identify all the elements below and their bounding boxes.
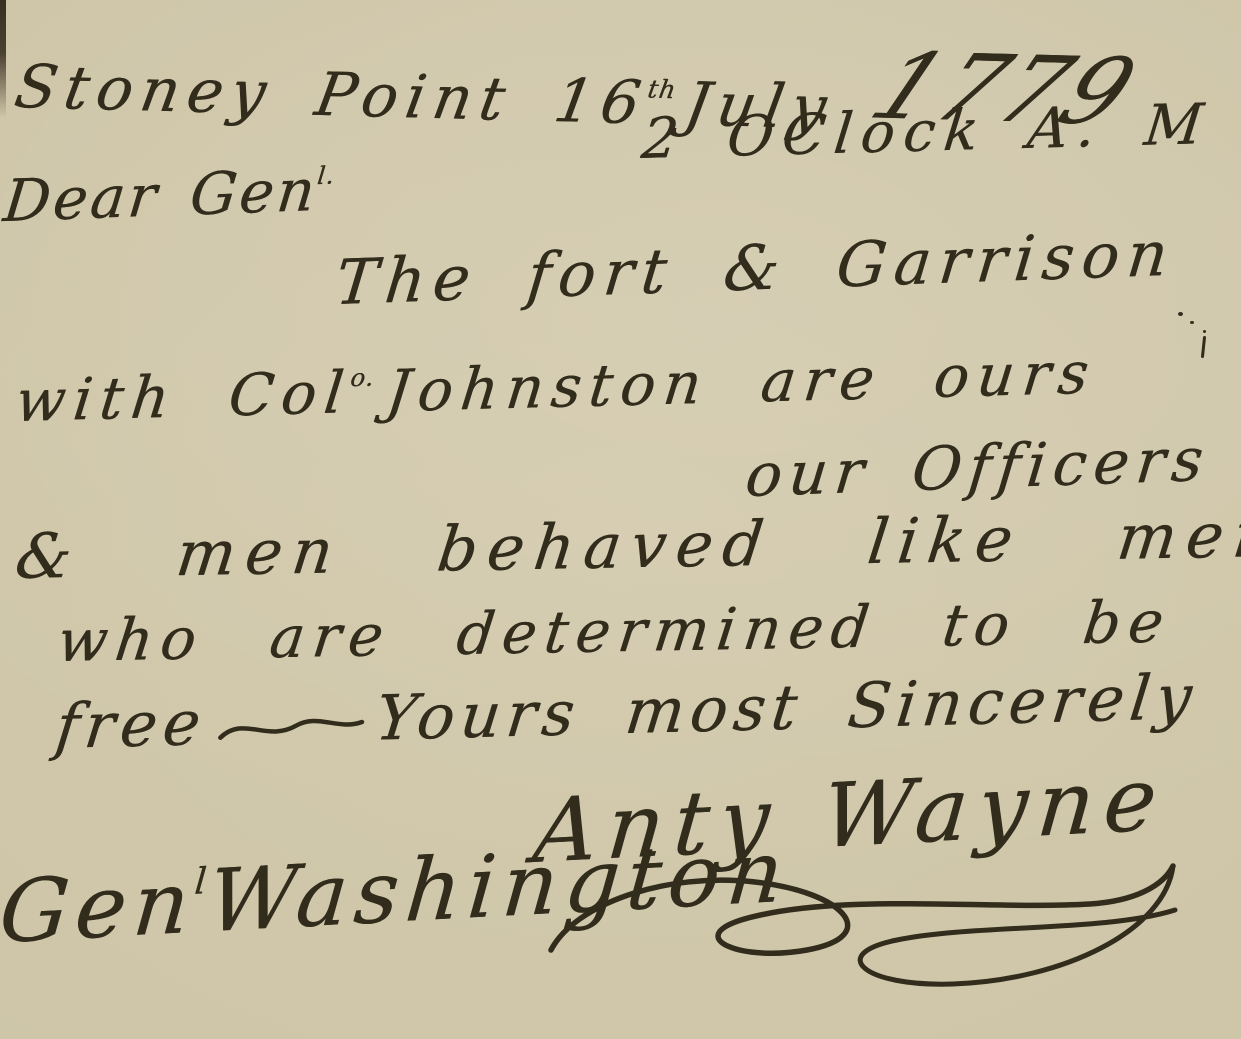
letter-scan: Stoney Point 16thJuly1779 2 OClock A. M … [0, 0, 1241, 1039]
body-line-3-text: our Officers [743, 430, 1213, 506]
body-line-2-pre: with Col [13, 363, 355, 430]
ink-speck [1201, 336, 1206, 358]
body-line-2: with Colo.Johnston are ours [15, 344, 1097, 430]
salutation-line: Dear Genl. [3, 160, 336, 230]
dateline-place-date: Stoney Point 16 [11, 57, 653, 133]
body-line-3: our Officers [745, 430, 1211, 506]
body-line-5: who are determined to be [57, 593, 1171, 670]
ink-speck [1190, 321, 1194, 324]
closing-line: freeYours most Sincerely [55, 666, 1198, 758]
addressee-pre: Gen [0, 859, 200, 956]
addressee-superscript: l [193, 863, 209, 900]
signature-flourish-icon [545, 852, 1185, 1012]
scan-edge-artifact [0, 0, 6, 118]
body-line-1: The fort & Garrison [335, 223, 1176, 314]
pen-connector-stroke-icon [216, 706, 367, 750]
body-line-4: & men behaved like men [15, 504, 1241, 588]
time-line: 2 OClock A. M [641, 97, 1212, 168]
body-line-5-text: who are determined to be [54, 593, 1174, 671]
body-line-1-text: The fort & Garrison [333, 223, 1179, 315]
body-line-2-post: Johnston are ours [384, 344, 1100, 421]
closing-text: Yours most Sincerely [372, 666, 1200, 750]
closing-word-free: free [52, 692, 209, 758]
ink-speck [1178, 312, 1183, 316]
body-line-2-superscript: o. [349, 366, 376, 391]
body-line-4-text: & men behaved like men [12, 504, 1241, 588]
time-text: 2 OClock A. M [639, 97, 1215, 168]
salutation-superscript: l. [316, 164, 336, 189]
salutation-text: Dear Gen [1, 161, 321, 230]
dateline-ordinal: th [646, 76, 679, 102]
ink-speck [1203, 330, 1206, 333]
